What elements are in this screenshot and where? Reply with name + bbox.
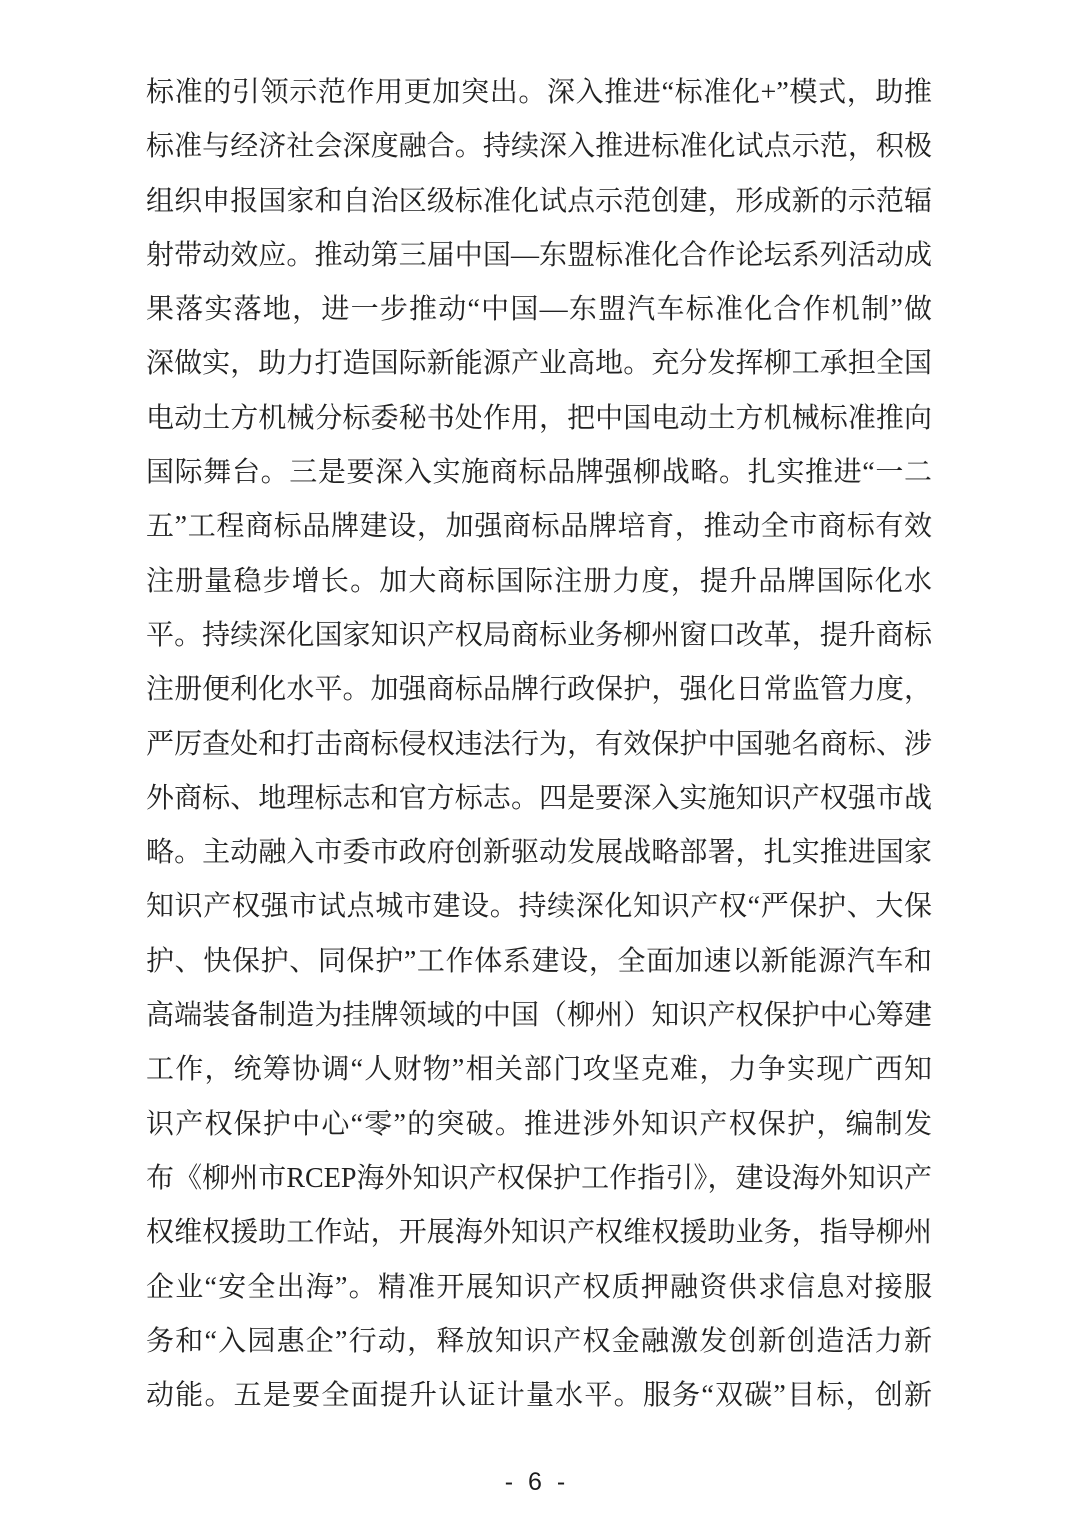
text-line: 外商标、地理标志和官方标志。四是要深入实施知识产权强市战 [146, 772, 932, 826]
page-footer: - 6 - [0, 1468, 1074, 1497]
page-number: - 6 - [505, 1468, 569, 1496]
text-line: 动能。五是要全面提升认证计量水平。服务“双碳”目标，创新 [146, 1369, 932, 1423]
text-line: 果落实落地，进一步推动“中国—东盟汽车标准化合作机制”做 [146, 283, 932, 337]
text-line: 识产权保护中心“零”的突破。推进涉外知识产权保护，编制发 [146, 1098, 932, 1152]
text-line: 深做实，助力打造国际新能源产业高地。充分发挥柳工承担全国 [146, 337, 932, 391]
text-line: 标准与经济社会深度融合。持续深入推进标准化试点示范，积极 [146, 120, 932, 174]
text-line: 平。持续深化国家知识产权局商标业务柳州窗口改革，提升商标 [146, 609, 932, 663]
text-line: 高端装备制造为挂牌领域的中国（柳州）知识产权保护中心筹建 [146, 989, 932, 1043]
text-line: 护、快保护、同保护”工作体系建设，全面加速以新能源汽车和 [146, 935, 932, 989]
text-line: 注册便利化水平。加强商标品牌行政保护，强化日常监管力度， [146, 663, 932, 717]
text-line: 权维权援助工作站，开展海外知识产权维权援助业务，指导柳州 [146, 1206, 932, 1260]
text-line: 组织申报国家和自治区级标准化试点示范创建，形成新的示范辐 [146, 175, 932, 229]
text-line: 略。主动融入市委市政府创新驱动发展战略部署，扎实推进国家 [146, 826, 932, 880]
document-page: 标准的引领示范作用更加突出。深入推进“标准化+”模式，助推 标准与经济社会深度融… [0, 0, 1074, 1520]
text-line: 国际舞台。三是要深入实施商标品牌强柳战略。扎实推进“一二 [146, 446, 932, 500]
text-line: 标准的引领示范作用更加突出。深入推进“标准化+”模式，助推 [146, 66, 932, 120]
text-line: 注册量稳步增长。加大商标国际注册力度，提升品牌国际化水 [146, 555, 932, 609]
text-line: 五”工程商标品牌建设，加强商标品牌培育，推动全市商标有效 [146, 500, 932, 554]
text-line: 工作，统筹协调“人财物”相关部门攻坚克难，力争实现广西知 [146, 1043, 932, 1097]
text-line: 企业“安全出海”。精准开展知识产权质押融资供求信息对接服 [146, 1261, 932, 1315]
text-line: 布《柳州市RCEP海外知识产权保护工作指引》，建设海外知识产 [146, 1152, 932, 1206]
text-line: 严厉查处和打击商标侵权违法行为，有效保护中国驰名商标、涉 [146, 718, 932, 772]
text-line: 射带动效应。推动第三届中国—东盟标准化合作论坛系列活动成 [146, 229, 932, 283]
document-body-text: 标准的引领示范作用更加突出。深入推进“标准化+”模式，助推 标准与经济社会深度融… [146, 66, 932, 1423]
text-line: 务和“入园惠企”行动，释放知识产权金融激发创新创造活力新 [146, 1315, 932, 1369]
text-line: 电动土方机械分标委秘书处作用，把中国电动土方机械标准推向 [146, 392, 932, 446]
text-line: 知识产权强市试点城市建设。持续深化知识产权“严保护、大保 [146, 880, 932, 934]
